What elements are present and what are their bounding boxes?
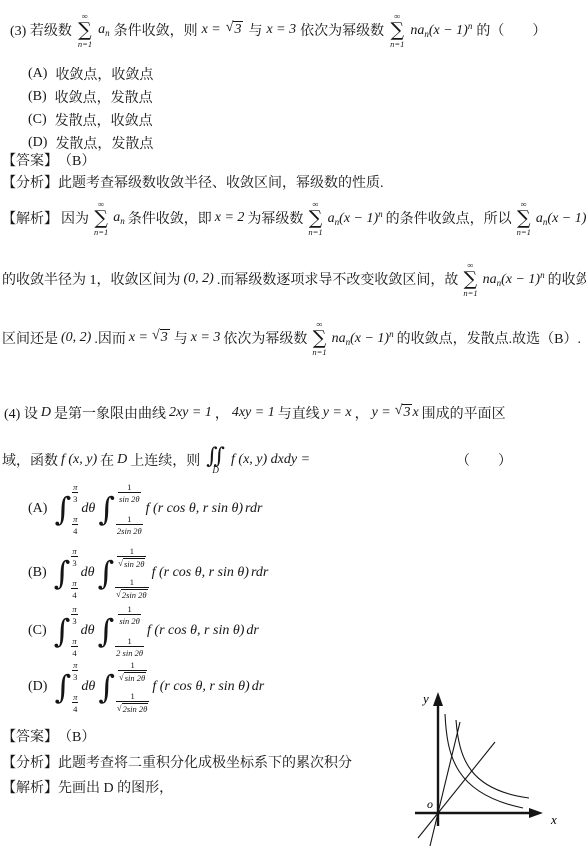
sum-operator: ∞∑n=1 — [94, 200, 108, 236]
sqrt-3: √3 — [152, 329, 170, 346]
sum-operator: ∞ ∑ n=1 — [390, 12, 404, 48]
origin-label: o — [427, 797, 433, 811]
q3-stem-text-3: 与 — [248, 20, 262, 40]
formula-dtheta: dθ — [81, 679, 95, 695]
formula-an: an — [113, 210, 125, 226]
q3-stem-text-5: 的（ ） — [476, 20, 546, 40]
q3-solution-line-1: 【解析】 因为 ∞∑n=1 an 条件收敛，即 x = 2 为幂级数 ∞∑n=1… — [2, 194, 586, 242]
formula-measure: rdr — [251, 565, 268, 581]
text-run: ， — [355, 403, 369, 423]
sum-operator: ∞∑n=1 — [463, 261, 477, 297]
sum-operator: ∞∑n=1 — [517, 200, 531, 236]
q3-solution-line-3: 区间还是 (0, 2) .因而 x = √3 与 x = 3 依次为幂级数 ∞∑… — [2, 312, 581, 364]
text-run: 的条件收敛点，所以 — [386, 208, 512, 228]
q3-stem: (3) 若级数 ∞ ∑ n=1 an 条件收敛，则 x = √3 与 x = 3… — [10, 6, 546, 54]
formula-an: an — [98, 22, 110, 38]
inner-integral: ∫ 1√sin 2θ 1√2sin 2θ — [98, 658, 149, 716]
sum-operator: ∞∑n=1 — [308, 200, 322, 236]
text-run: 围成的平面区 — [422, 403, 506, 423]
analysis-text: 此题考查将二重积分化成极坐标系下的累次积分 — [58, 752, 352, 772]
outer-integral: ∫ π3 π4 — [54, 658, 78, 716]
formula-y-eq-x: y = x — [323, 405, 352, 421]
q3-answer: 【答案】 （B） — [2, 150, 95, 170]
formula-2xy: 2xy = 1 — [169, 405, 212, 421]
formula-f-polar: f (r cos θ, r sin θ) — [147, 623, 244, 639]
text-run: 是第一象限由曲线 — [54, 403, 166, 423]
formula-x-eq-3: x = 3 — [191, 330, 221, 346]
solution-label: 【解析】 — [2, 777, 58, 797]
analysis-text: 此题考查幂级数收敛半径、收敛区间，幂级数的性质. — [58, 172, 384, 192]
text-run: .而幂级数逐项求导不改变收敛区间，故 — [217, 269, 459, 289]
formula-measure: dr — [246, 623, 258, 639]
curve-2xy-1 — [456, 720, 529, 798]
q3-option-a: (A) 收敛点，收敛点 — [28, 64, 153, 84]
double-integral: ∬ D — [206, 446, 225, 475]
q3-option-c: (C) 发散点，收敛点 — [28, 110, 153, 130]
formula-axn: an(x − 1)n — [536, 210, 586, 227]
q3-solution-line-2: 的收敛半径为 1，收敛区间为 (0, 2) .而幂级数逐项求导不改变收敛区间，故… — [2, 254, 586, 304]
q3-analysis: 【分析】 此题考查幂级数收敛半径、收敛区间，幂级数的性质. — [2, 172, 384, 192]
q4-stem-line-1: (4) 设 D 是第一象限由曲线 2xy = 1 ， 4xy = 1 与直线 y… — [4, 398, 506, 428]
formula-x-eq: x = — [202, 22, 221, 38]
formula-x-eq-2: x = 2 — [215, 210, 245, 226]
y-axis-label: y — [421, 691, 429, 706]
sqrt-3: √3 — [226, 21, 244, 38]
formula-f-polar: f (r cos θ, r sin θ) — [152, 565, 249, 581]
formula-D: D — [117, 452, 127, 468]
text-run: 为幂级数 — [247, 208, 303, 228]
outer-integral: ∫ π3 π4 — [54, 480, 78, 538]
text-run: 的收敛点，发散点.故选（B）. — [397, 328, 581, 348]
text-run: 因为 — [61, 208, 89, 228]
text-run: 域，函数 — [2, 450, 58, 470]
formula-y-eq: y = — [372, 405, 391, 421]
formula-measure: rdr — [245, 501, 262, 517]
formula-fxy-dxdy: f (x, y) dxdy = — [231, 452, 310, 468]
text-run: .因而 — [94, 328, 126, 348]
formula-f-polar: f (r cos θ, r sin θ) — [146, 501, 243, 517]
formula-measure: dr — [252, 679, 264, 695]
formula-naxn: nan(x − 1)n — [332, 330, 394, 347]
x-axis-label: x — [550, 812, 557, 827]
formula-D: D — [41, 405, 51, 421]
text-run: 与 — [174, 328, 188, 348]
formula-f-polar: f (r cos θ, r sin θ) — [152, 679, 249, 695]
q4-option-b: (B) ∫ π3 π4 dθ ∫ 1√sin 2θ 1√2sin 2θ f (r… — [28, 544, 268, 602]
text-run: 在 — [100, 450, 114, 470]
q3-option-b: (B) 收敛点，发散点 — [28, 87, 153, 107]
formula-interval: (0, 2) — [61, 330, 91, 346]
formula-dtheta: dθ — [81, 565, 95, 581]
formula-x-eq: x = — [129, 330, 148, 346]
sum-operator: ∞ ∑ n=1 — [78, 12, 92, 48]
q4-solution: 【解析】 先画出 D 的图形， — [2, 777, 173, 797]
q4-option-c: (C) ∫ π3 π4 dθ ∫ 1sin 2θ 12 sin 2θ f (r … — [28, 602, 259, 660]
answer-label: 【答案】 — [2, 150, 58, 170]
option-text: 发散点，收敛点 — [55, 110, 153, 130]
document-page: (3) 若级数 ∞ ∑ n=1 an 条件收敛，则 x = √3 与 x = 3… — [0, 0, 586, 847]
sum-operator: ∞∑n=1 — [312, 320, 326, 356]
formula-naxn: nan(x − 1)n — [483, 271, 545, 288]
formula-x-eq-3: x = 3 — [266, 22, 296, 38]
text-run: 与直线 — [278, 403, 320, 423]
q4-option-d: (D) ∫ π3 π4 dθ ∫ 1√sin 2θ 1√2sin 2θ f (r… — [28, 658, 264, 716]
formula-interval: (0, 2) — [184, 271, 214, 287]
line-y-x — [418, 742, 495, 838]
outer-integral: ∫ π3 π4 — [54, 602, 78, 660]
sqrt-3: √3 — [395, 404, 413, 421]
answer-value: （B） — [58, 150, 95, 170]
formula-x: x — [412, 405, 418, 421]
inner-integral: ∫ 1sin 2θ 12 sin 2θ — [97, 602, 144, 660]
analysis-label: 【分析】 — [2, 752, 58, 772]
q3-stem-text-4: 依次为幂级数 — [300, 20, 384, 40]
formula-4xy: 4xy = 1 — [232, 405, 275, 421]
solution-text: 先画出 D 的图形， — [58, 777, 173, 797]
text-run: 上连续，则 — [130, 450, 200, 470]
text-run: 依次为幂级数 — [223, 328, 307, 348]
q3-stem-text-2: 条件收敛，则 — [114, 20, 198, 40]
region-d-figure: y x o — [403, 686, 584, 846]
x-axis-arrow-icon — [529, 808, 543, 818]
text-run: 的收敛 — [548, 269, 586, 289]
text-run: 的收敛半径为 1，收敛区间为 — [2, 269, 181, 289]
analysis-label: 【分析】 — [2, 172, 58, 192]
formula-dtheta: dθ — [81, 623, 95, 639]
formula-naxn: nan(x − 1)n — [410, 22, 472, 39]
formula-dtheta: dθ — [81, 501, 95, 517]
q4-analysis: 【分析】 此题考查将二重积分化成极坐标系下的累次积分 — [2, 752, 352, 772]
q4-answer: 【答案】 （B） — [2, 726, 95, 746]
inner-integral: ∫ 1√sin 2θ 1√2sin 2θ — [97, 544, 148, 602]
answer-value: （B） — [58, 726, 95, 746]
answer-label: 【答案】 — [2, 726, 58, 746]
solution-label: 【解析】 — [2, 208, 58, 228]
q4-option-a: (A) ∫ π3 π4 dθ ∫ 1sin 2θ 12sin 2θ f (r c… — [28, 480, 262, 538]
line-y-sqrt3x — [430, 722, 460, 846]
text-run: 区间还是 — [2, 328, 58, 348]
text-run: (4) 设 — [4, 403, 38, 423]
text-run: ， — [215, 403, 229, 423]
outer-integral: ∫ π3 π4 — [54, 544, 78, 602]
option-text: 收敛点，收敛点 — [55, 64, 153, 84]
option-text: 收敛点，发散点 — [55, 87, 153, 107]
inner-integral: ∫ 1sin 2θ 12sin 2θ — [98, 480, 142, 538]
text-run: 条件收敛，即 — [128, 208, 212, 228]
choice-parens: （ ） — [456, 450, 512, 470]
q4-stem-line-2: 域，函数 f (x, y) 在 D 上连续，则 ∬ D f (x, y) dxd… — [2, 440, 550, 480]
q3-stem-text-1: (3) 若级数 — [10, 20, 72, 40]
y-axis-arrow-icon — [433, 692, 443, 706]
formula-fxy: f (x, y) — [61, 452, 97, 468]
formula-axn: an(x − 1)n — [328, 210, 383, 227]
